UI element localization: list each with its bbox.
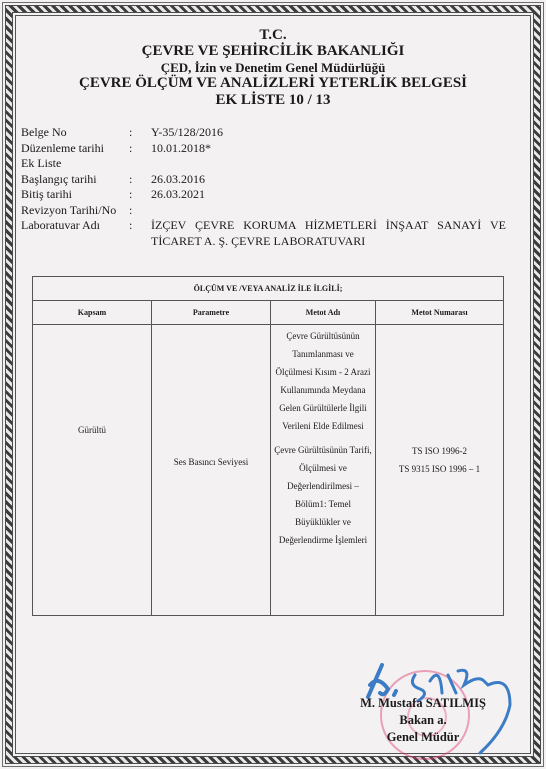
cell-metot-adi: Çevre Gürültüsünün Tanımlanması ve Ölçül… [271, 325, 376, 616]
info-row-start-date: Başlangıç tarihi : 26.03.2016 [21, 172, 506, 188]
signatory-block: M. Mustafa SATILMIŞ Bakan a. Genel Müdür [338, 695, 508, 746]
info-row-belge-no: Belge No : Y-35/128/2016 [21, 125, 506, 141]
scope-table: ÖLÇÜM VE /VEYA ANALİZ İLE İLGİLİ; Kapsam… [32, 276, 504, 616]
info-row-revision: Revizyon Tarihi/No : [21, 203, 506, 219]
info-value [151, 156, 506, 172]
info-colon: : [129, 141, 151, 157]
column-header-parametre: Parametre [152, 301, 271, 325]
column-header-metot-numarasi: Metot Numarası [376, 301, 504, 325]
certificate-info: Belge No : Y-35/128/2016 Düzenleme tarih… [21, 125, 506, 249]
info-colon: : [129, 203, 151, 219]
info-value: 26.03.2021 [151, 187, 506, 203]
info-label: Bitiş tarihi [21, 187, 129, 203]
info-colon [129, 156, 151, 172]
info-value: 26.03.2016 [151, 172, 506, 188]
info-row-end-date: Bitiş tarihi : 26.03.2021 [21, 187, 506, 203]
info-colon: : [129, 187, 151, 203]
info-row-laboratory: Laboratuvar Adı : İZÇEV ÇEVRE KORUMA HİZ… [21, 218, 506, 249]
signatory-role-2: Genel Müdür [338, 729, 508, 746]
column-header-kapsam: Kapsam [33, 301, 152, 325]
info-label: Başlangıç tarihi [21, 172, 129, 188]
table-row: Gürültü Ses Basıncı Seviyesi Çevre Gürül… [33, 325, 504, 616]
signatory-name: M. Mustafa SATILMIŞ [338, 695, 508, 712]
info-label: Revizyon Tarihi/No [21, 203, 129, 219]
document-title: ÇEVRE ÖLÇÜM VE ANALİZLERİ YETERLİK BELGE… [0, 75, 546, 92]
info-row-annex: Ek Liste [21, 156, 506, 172]
info-colon: : [129, 172, 151, 188]
table-header-row: Kapsam Parametre Metot Adı Metot Numaras… [33, 301, 504, 325]
kapsam-value: Gürültü [36, 325, 148, 435]
method-number-2: TS 9315 ISO 1996 – 1 [379, 456, 500, 474]
cell-parametre: Ses Basıncı Seviyesi [152, 325, 271, 616]
annex-list-number: EK LİSTE 10 / 13 [0, 92, 546, 109]
method-name-2: Çevre Gürültüsünün Tarifi, Ölçülmesi ve … [274, 439, 372, 549]
parametre-value: Ses Basıncı Seviyesi [155, 325, 267, 467]
method-number-1: TS ISO 1996-2 [379, 325, 500, 456]
info-label: Ek Liste [21, 156, 129, 172]
signatory-role-1: Bakan a. [338, 712, 508, 729]
cell-kapsam: Gürültü [33, 325, 152, 616]
table-caption-row: ÖLÇÜM VE /VEYA ANALİZ İLE İLGİLİ; [33, 277, 504, 301]
column-header-metot-adi: Metot Adı [271, 301, 376, 325]
info-value: 10.01.2018* [151, 141, 506, 157]
info-label: Düzenleme tarihi [21, 141, 129, 157]
method-name-1: Çevre Gürültüsünün Tanımlanması ve Ölçül… [274, 325, 372, 435]
info-value: Y-35/128/2016 [151, 125, 506, 141]
table-caption: ÖLÇÜM VE /VEYA ANALİZ İLE İLGİLİ; [33, 277, 504, 301]
info-colon: : [129, 218, 151, 249]
info-row-issue-date: Düzenleme tarihi : 10.01.2018* [21, 141, 506, 157]
header-directorate: ÇED, İzin ve Denetim Genel Müdürlüğü [0, 60, 546, 75]
info-label: Belge No [21, 125, 129, 141]
document-header: T.C. ÇEVRE VE ŞEHİRCİLİK BAKANLIĞI ÇED, … [0, 27, 546, 109]
header-country: T.C. [0, 27, 546, 43]
info-colon: : [129, 125, 151, 141]
header-ministry: ÇEVRE VE ŞEHİRCİLİK BAKANLIĞI [0, 43, 546, 60]
info-value: İZÇEV ÇEVRE KORUMA HİZMETLERİ İNŞAAT SAN… [151, 218, 506, 249]
info-value [151, 203, 506, 219]
cell-metot-numarasi: TS ISO 1996-2 TS 9315 ISO 1996 – 1 [376, 325, 504, 616]
info-label: Laboratuvar Adı [21, 218, 129, 249]
